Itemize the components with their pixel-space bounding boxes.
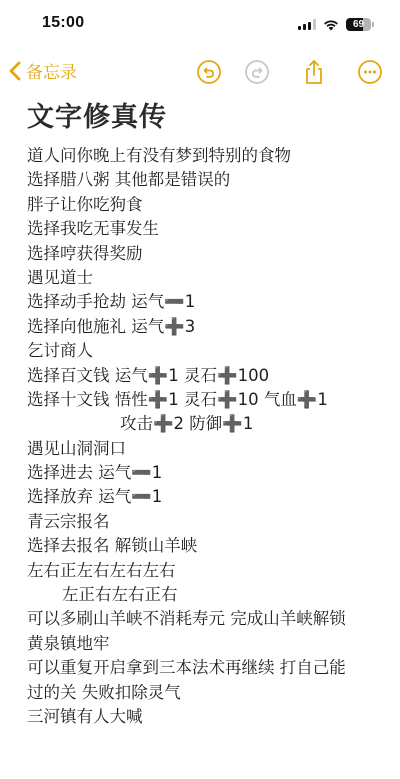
battery-level: 69 [346,18,371,31]
wifi-icon [323,19,339,31]
note-line: 攻击➕2 防御➕1 [27,412,390,436]
note-line: 选择向他施礼 运气➕3 [27,315,390,339]
note-line: 乞讨商人 [27,339,390,363]
note-line: 选择放弃 运气➖1 [27,485,390,509]
note-line: 青云宗报名 [27,510,390,534]
undo-icon [196,59,222,85]
note-line: 选择我吃无事发生 [27,217,390,241]
status-time: 15:00 [42,14,84,32]
note-line: 左正右左右正右 [27,583,390,607]
undo-button[interactable] [196,59,222,85]
note-line: 选择腊八粥 其他都是错误的 [27,168,390,192]
note-line: 选择动手抢劫 运气➖1 [27,290,390,314]
more-button[interactable] [357,59,383,85]
note-line: 左右正左右左右左右 [27,559,390,583]
back-button[interactable]: 备忘录 [8,58,77,83]
note-line: 选择哼获得奖励 [27,242,390,266]
chevron-left-icon [8,60,22,82]
cellular-signal-icon [298,19,316,30]
share-button[interactable] [301,59,327,85]
note-line: 遇见道士 [27,266,390,290]
note-line: 选择十文钱 悟性➕1 灵石➕10 气血➕1 [27,388,390,412]
note-title[interactable]: 文字修真传 [27,100,390,136]
note-line: 选择去报名 解锁山羊峡 [27,534,390,558]
navigation-bar: 备忘录 [0,52,400,92]
note-line: 道人问你晚上有没有梦到特别的食物 [27,144,390,168]
battery-icon: 69 [346,18,374,31]
redo-button[interactable] [244,59,270,85]
share-icon [301,59,327,85]
note-line: 过的关 失败扣除灵气 [27,681,390,705]
note-content[interactable]: 文字修真传 道人问你晚上有没有梦到特别的食物 选择腊八粥 其他都是错误的 胖子让… [27,100,390,729]
note-line: 胖子让你吃狗食 [27,193,390,217]
redo-icon [244,59,270,85]
status-indicators: 69 [298,18,374,31]
status-bar: 15:00 69 [0,0,400,50]
more-icon [357,59,383,85]
note-line: 选择百文钱 运气➕1 灵石➕100 [27,364,390,388]
note-line: 选择进去 运气➖1 [27,461,390,485]
note-line: 三河镇有人大喊 [27,705,390,729]
note-line: 可以多刷山羊峡不消耗寿元 完成山羊峡解锁 [27,607,390,631]
note-line: 黄泉镇地牢 [27,632,390,656]
back-label: 备忘录 [26,58,77,83]
note-line: 遇见山洞洞口 [27,437,390,461]
note-body[interactable]: 道人问你晚上有没有梦到特别的食物 选择腊八粥 其他都是错误的 胖子让你吃狗食 选… [27,144,390,729]
note-line: 可以重复开启拿到三本法术再继续 打自己能 [27,656,390,680]
